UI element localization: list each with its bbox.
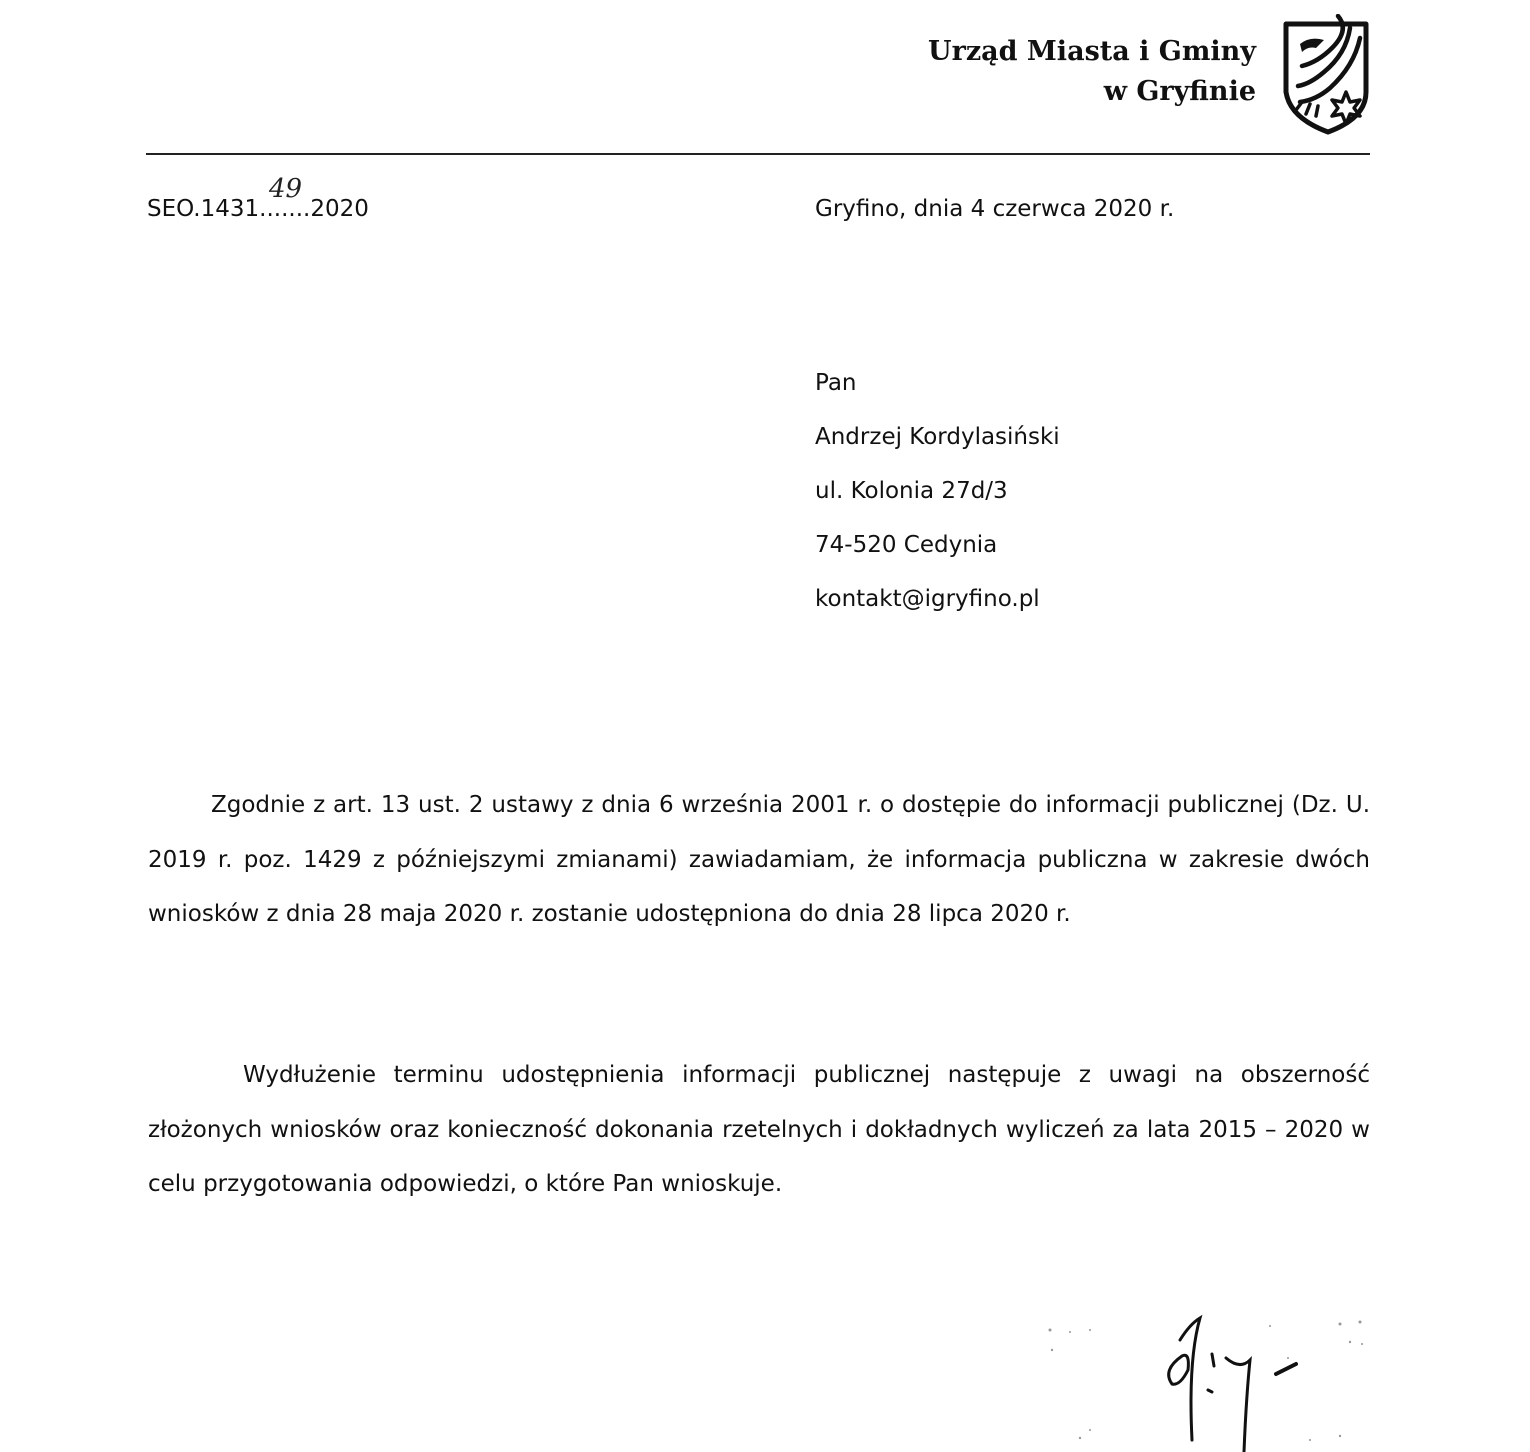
griffin-crest-icon bbox=[1280, 14, 1374, 136]
reference-number-text: SEO.1431.......2020 bbox=[147, 196, 369, 222]
reference-handwritten-number: 49 bbox=[269, 174, 302, 204]
header-divider bbox=[146, 153, 1370, 155]
org-name-line2: w Gryfinie bbox=[928, 72, 1256, 112]
recipient-address: Pan Andrzej Kordylasiński ul. Kolonia 27… bbox=[815, 356, 1060, 626]
recipient-street: ul. Kolonia 27d/3 bbox=[815, 464, 1060, 518]
reference-number: SEO.1431.......2020 49 bbox=[147, 196, 369, 222]
recipient-email: kontakt@igryfino.pl bbox=[815, 572, 1060, 626]
recipient-salutation: Pan bbox=[815, 356, 1060, 410]
place-date: Gryfino, dnia 4 czerwca 2020 r. bbox=[815, 196, 1174, 222]
recipient-city: 74-520 Cedynia bbox=[815, 518, 1060, 572]
body-paragraph-2: Wydłużenie terminu udostępnienia informa… bbox=[148, 1048, 1370, 1212]
org-name: Urząd Miasta i Gminy w Gryfinie bbox=[928, 32, 1256, 112]
recipient-name: Andrzej Kordylasiński bbox=[815, 410, 1060, 464]
handwritten-signature-icon bbox=[1040, 1300, 1380, 1452]
org-name-line1: Urząd Miasta i Gminy bbox=[928, 32, 1256, 72]
body-paragraph-1: Zgodnie z art. 13 ust. 2 ustawy z dnia 6… bbox=[148, 778, 1370, 942]
